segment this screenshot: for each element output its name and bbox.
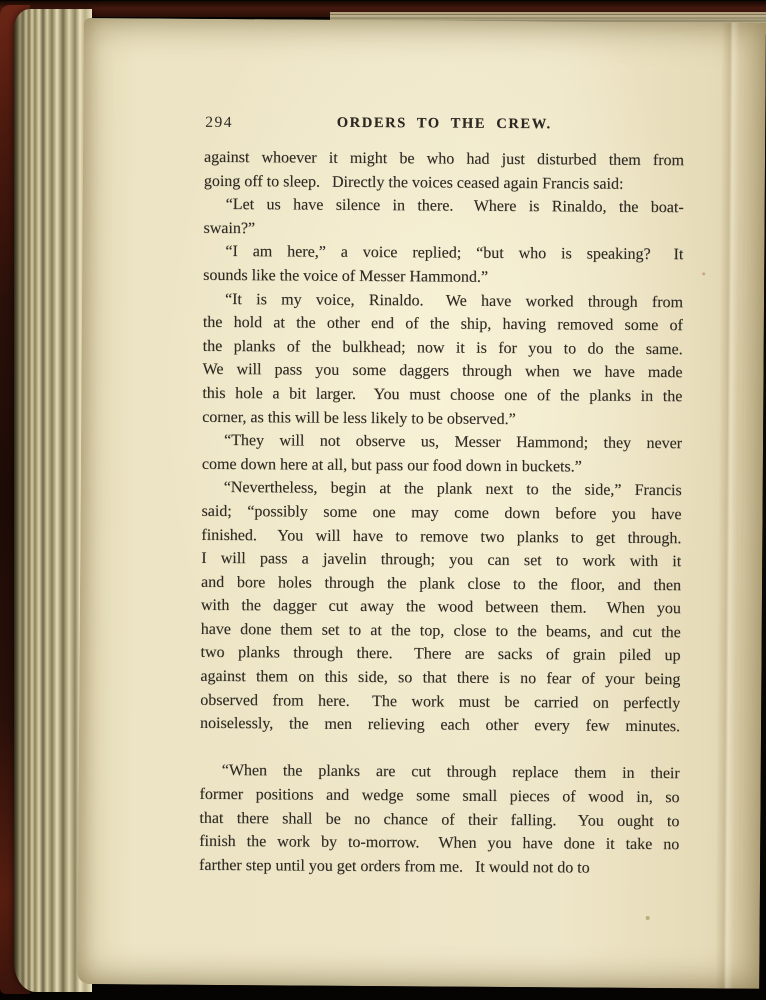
page-text: against whoever it might be who had just… — [199, 146, 684, 881]
text-line: corner, as this will be less likely to b… — [202, 405, 682, 432]
text-line: farther step until you get orders from m… — [199, 854, 679, 881]
text-line: “I am here,” a voice replied; “but who i… — [203, 240, 683, 267]
text-line — [200, 736, 680, 763]
text-line: that there shall be no chance of their f… — [199, 806, 679, 833]
text-line: against whoever it might be who had just… — [204, 146, 684, 173]
text-line: I will pass a javelin through; you can s… — [201, 547, 681, 574]
running-head: 294 ORDERS TO THE CREW. — [204, 114, 684, 137]
text-line: going off to sleep. Directly the voices … — [204, 169, 684, 196]
text-line: “They will not observe us, Messer Hammon… — [202, 429, 682, 456]
text-line: with the dagger cut away the wood betwee… — [201, 594, 681, 621]
text-line: “Let us have silence in there. Where is … — [204, 193, 684, 220]
running-header-title: ORDERS TO THE CREW. — [204, 114, 684, 134]
text-line: “Nevertheless, begin at the plank next t… — [202, 476, 682, 503]
text-line: the hold at the other end of the ship, h… — [203, 311, 683, 338]
text-line: observed from here. The work must be car… — [200, 688, 680, 715]
text-line: this hole a bit larger. You must choose … — [202, 382, 682, 409]
text-line: two planks through there. There are sack… — [200, 641, 680, 668]
book-page: 294 ORDERS TO THE CREW. against whoever … — [77, 18, 766, 989]
text-line: former positions and wedge some small pi… — [199, 783, 679, 810]
text-line: come down here at all, but pass our food… — [202, 453, 682, 480]
text-line: “When the planks are cut through replace… — [200, 759, 680, 786]
text-line: the planks of the bulkhead; now it is fo… — [203, 335, 683, 362]
text-line: finished. You will have to remove two pl… — [201, 523, 681, 550]
text-line: against them on this side, so that there… — [200, 665, 680, 692]
foxing-speck — [702, 272, 705, 275]
page-crease — [715, 22, 740, 988]
text-line: noiselessly, the men relieving each othe… — [200, 712, 680, 739]
text-line: have done them set to at the top, close … — [201, 618, 681, 645]
text-line: said; “possibly some one may come down b… — [201, 500, 681, 527]
text-line: sounds like the voice of Messer Hammond.… — [203, 264, 683, 291]
foxing-speck — [646, 916, 650, 920]
text-line: swain?” — [203, 217, 683, 244]
text-line: We will pass you some daggers through wh… — [202, 358, 682, 385]
text-line: “It is my voice, Rinaldo. We have worked… — [203, 287, 683, 314]
text-line: and bore holes through the plank close t… — [201, 571, 681, 598]
scanned-book-photo: 294 ORDERS TO THE CREW. against whoever … — [0, 0, 766, 1000]
text-line: finish the work by to-morrow. When you h… — [199, 830, 679, 857]
page-number: 294 — [205, 114, 233, 132]
